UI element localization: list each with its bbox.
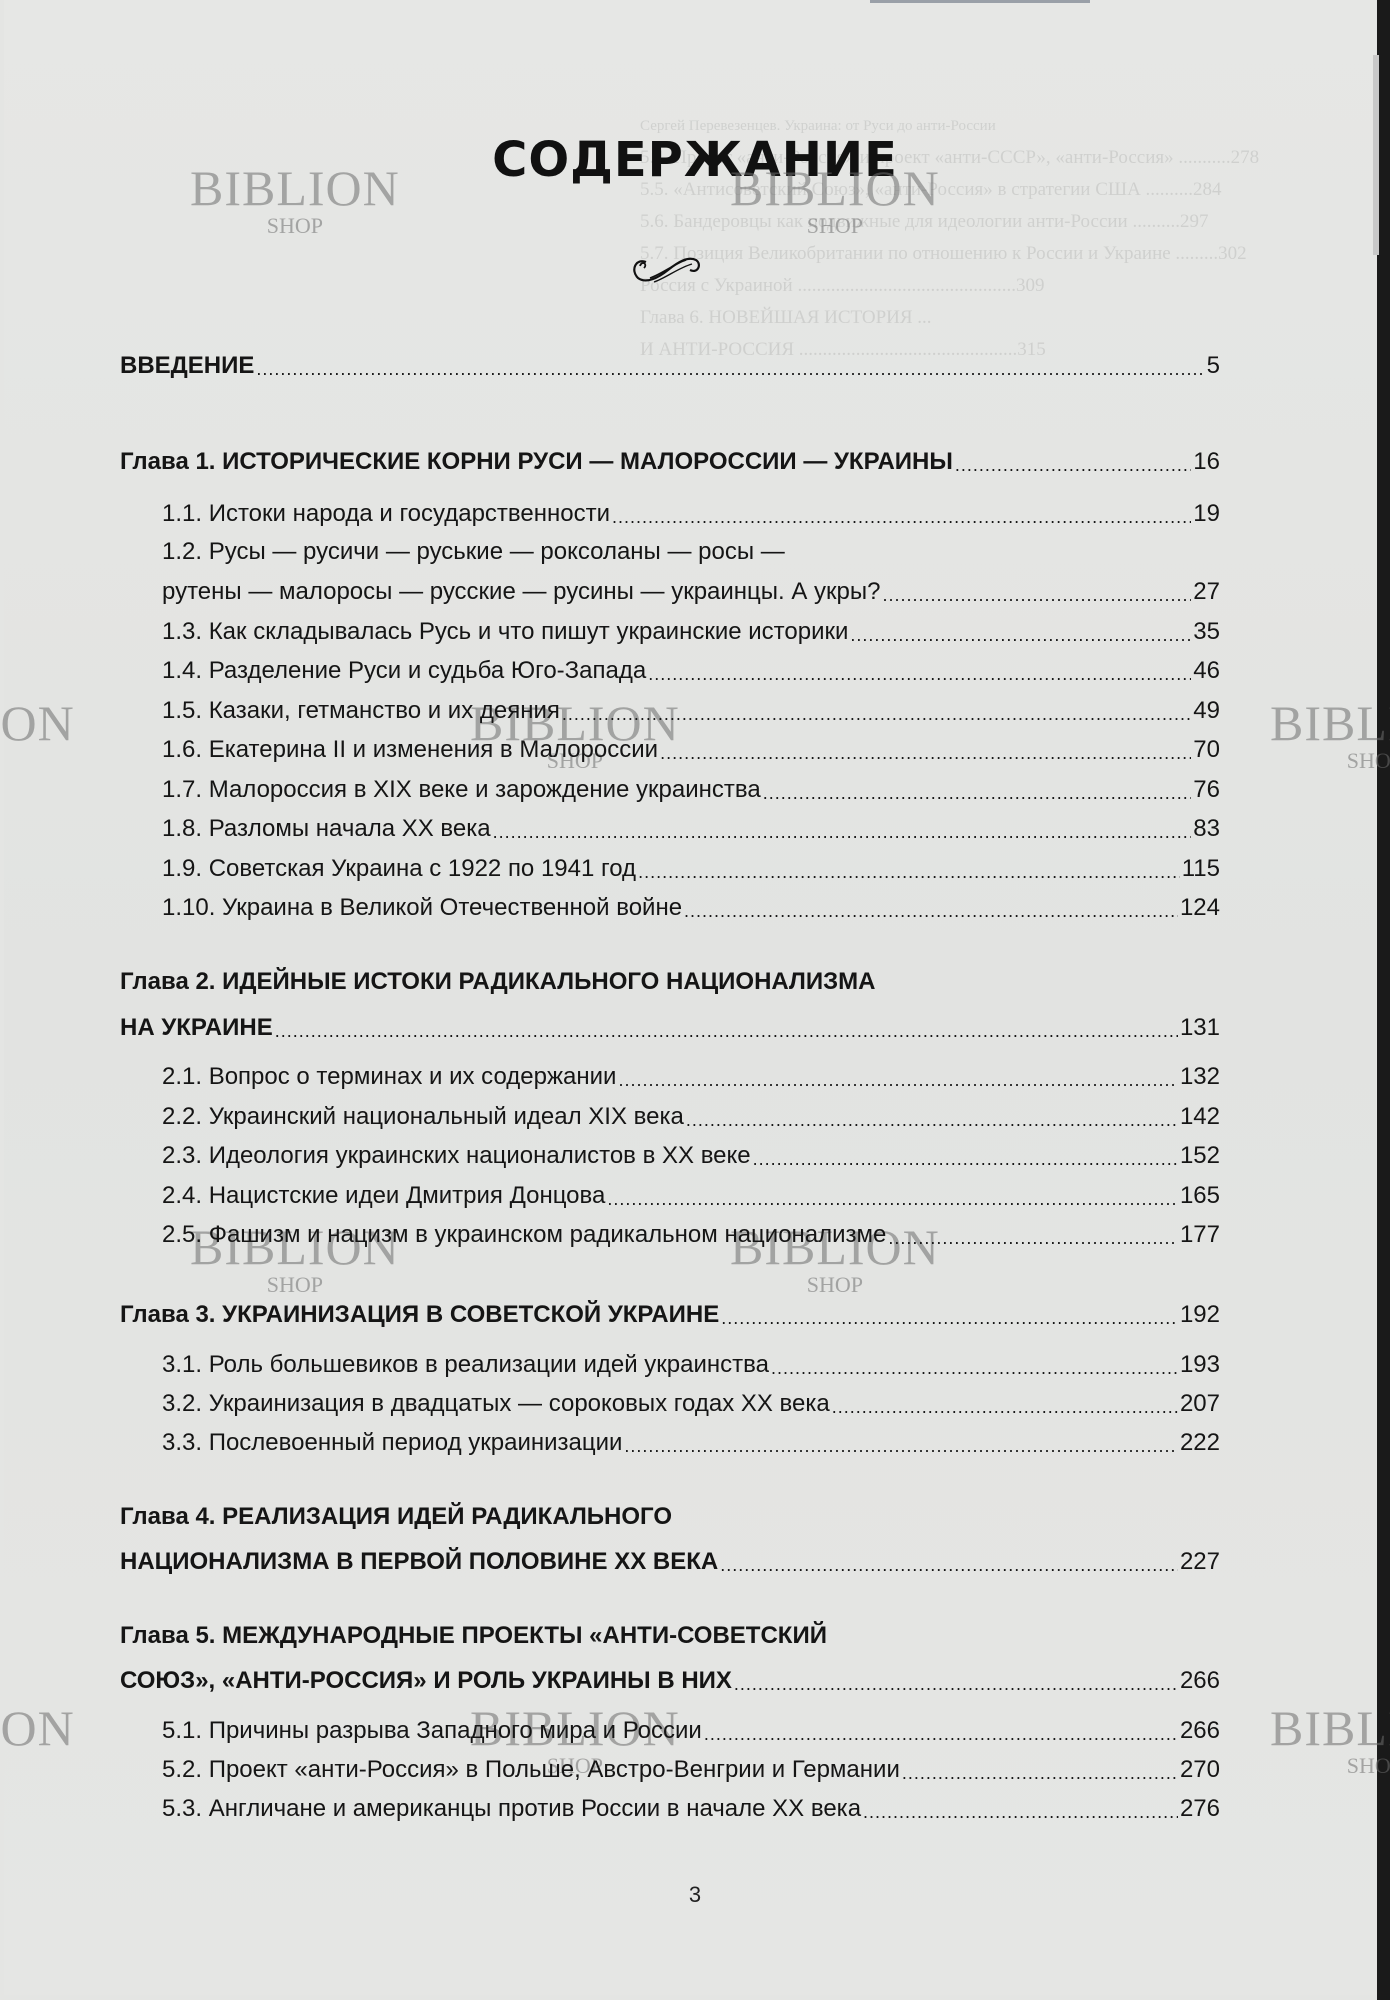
toc-section-1-9[interactable]: 1.9. Советская Украина с 1922 по 1941 го… (162, 849, 1220, 883)
leader-dots (256, 352, 1204, 380)
toc-entry-page: 193 (1180, 1351, 1220, 1379)
toc-entry-page: 222 (1180, 1429, 1220, 1457)
toc-entry-page: 266 (1180, 1667, 1220, 1695)
toc-entry-label: 1.8. Разломы начала XX века (162, 815, 491, 843)
leader-dots (763, 776, 1192, 804)
toc-chapter-4[interactable]: НАЦИОНАЛИЗМА В ПЕРВОЙ ПОЛОВИНЕ XX ВЕКА 2… (120, 1542, 1220, 1576)
toc-entry-label: 3.3. Послевоенный период украинизации (162, 1429, 622, 1457)
toc-entry-label: 1.3. Как складывалась Русь и что пишут у… (162, 618, 848, 646)
leader-dots (902, 1756, 1178, 1784)
toc-section-2-4[interactable]: 2.4. Нацистские идеи Дмитрия Донцова 165 (162, 1176, 1220, 1210)
toc-entry-label: 1.1. Истоки народа и государственности (162, 500, 610, 528)
toc-entry-label: НА УКРАИНЕ (120, 1014, 273, 1042)
leader-dots (721, 1301, 1178, 1329)
toc-section-3-1[interactable]: 3.1. Роль большевиков в реализации идей … (162, 1345, 1220, 1379)
leader-dots (493, 815, 1192, 843)
toc-section-1-5[interactable]: 1.5. Казаки, гетманство и их деяния 49 (162, 691, 1220, 725)
toc-entry-page: 207 (1180, 1390, 1220, 1418)
toc-section-1-6[interactable]: 1.6. Екатерина II и изменения в Малоросс… (162, 730, 1220, 764)
toc-section-2-2[interactable]: 2.2. Украинский национальный идеал XIX в… (162, 1097, 1220, 1131)
leader-dots (648, 657, 1191, 685)
leader-dots (734, 1667, 1178, 1695)
toc-section-1-7[interactable]: 1.7. Малороссия в XIX веке и зарождение … (162, 770, 1220, 804)
toc-entry-label: Глава 3. УКРАИНИЗАЦИЯ В СОВЕТСКОЙ УКРАИН… (120, 1301, 719, 1329)
toc-section-2-1[interactable]: 2.1. Вопрос о терминах и их содержании 1… (162, 1057, 1220, 1091)
toc-entry-page: 152 (1180, 1142, 1220, 1170)
toc-entry-label: 2.4. Нацистские идеи Дмитрия Донцова (162, 1182, 605, 1210)
toc-entry-page: 124 (1180, 894, 1220, 922)
toc-entry-label: 1.6. Екатерина II и изменения в Малоросс… (162, 736, 658, 764)
toc-section-1-4[interactable]: 1.4. Разделение Руси и судьба Юго-Запада… (162, 651, 1220, 685)
toc-entry-page: 70 (1193, 736, 1220, 764)
toc-entry-label: рутены — малоросы — русские — русины — у… (120, 578, 881, 606)
toc-entry-introduction[interactable]: ВВЕДЕНИЕ 5 (120, 346, 1220, 380)
toc-entry-label: 5.1. Причины разрыва Западного мира и Ро… (162, 1717, 702, 1745)
toc-entry-label: 2.5. Фашизм и нацизм в украинском радика… (162, 1221, 886, 1249)
leader-dots (607, 1182, 1178, 1210)
toc-entry-label: НАЦИОНАЛИЗМА В ПЕРВОЙ ПОЛОВИНЕ XX ВЕКА (120, 1548, 718, 1576)
leader-dots (624, 1429, 1178, 1457)
toc-chapter-1[interactable]: Глава 1. ИСТОРИЧЕСКИЕ КОРНИ РУСИ — МАЛОР… (120, 442, 1220, 476)
toc-entry-label: ВВЕДЕНИЕ (120, 352, 254, 380)
leader-dots (832, 1390, 1178, 1418)
leader-dots (612, 500, 1191, 528)
leader-dots (863, 1795, 1178, 1823)
page-title: СОДЕРЖАНИЕ (0, 132, 1390, 188)
toc-entry-page: 46 (1193, 657, 1220, 685)
leader-dots (753, 1142, 1178, 1170)
toc-entry-label: 1.10. Украина в Великой Отечественной во… (162, 894, 682, 922)
leader-dots (660, 736, 1191, 764)
leader-dots (883, 578, 1192, 606)
leader-dots (771, 1351, 1178, 1379)
toc-entry-page: 177 (1180, 1221, 1220, 1249)
leader-dots (684, 894, 1178, 922)
leader-dots (955, 448, 1191, 476)
toc-entry-page: 142 (1180, 1103, 1220, 1131)
toc-entry-page: 227 (1180, 1548, 1220, 1576)
toc-entry-label: 5.2. Проект «анти-Россия» в Польше, Авст… (162, 1756, 900, 1784)
toc-entry-label: Глава 1. ИСТОРИЧЕСКИЕ КОРНИ РУСИ — МАЛОР… (120, 448, 953, 476)
leader-dots (562, 697, 1191, 725)
toc-entry-label: 2.2. Украинский национальный идеал XIX в… (162, 1103, 684, 1131)
toc-entry-page: 27 (1193, 578, 1220, 606)
toc-entry-page: 165 (1180, 1182, 1220, 1210)
toc-entry-page: 16 (1193, 448, 1220, 476)
toc-section-5-2[interactable]: 5.2. Проект «анти-Россия» в Польше, Авст… (162, 1750, 1220, 1784)
flourish-ornament-icon (628, 248, 704, 288)
toc-entry-page: 19 (1193, 500, 1220, 528)
leader-dots (638, 855, 1180, 883)
scan-edge-strip (870, 0, 1090, 3)
toc-section-1-8[interactable]: 1.8. Разломы начала XX века 83 (162, 809, 1220, 843)
leader-dots (618, 1063, 1178, 1091)
leader-dots (704, 1717, 1178, 1745)
toc-entry-page: 276 (1180, 1795, 1220, 1823)
toc-section-1-1[interactable]: 1.1. Истоки народа и государственности 1… (162, 494, 1220, 528)
toc-section-2-5[interactable]: 2.5. Фашизм и нацизм в украинском радика… (162, 1215, 1220, 1249)
toc-entry-page: 192 (1180, 1301, 1220, 1329)
toc-entry-page: 83 (1193, 815, 1220, 843)
toc-section-5-1[interactable]: 5.1. Причины разрыва Западного мира и Ро… (162, 1711, 1220, 1745)
toc-entry-label: 1.9. Советская Украина с 1922 по 1941 го… (162, 855, 636, 883)
toc-entry-page: 132 (1180, 1063, 1220, 1091)
toc-entry-label: 5.3. Англичане и американцы против Росси… (162, 1795, 861, 1823)
toc-entry-label: 1.5. Казаки, гетманство и их деяния (162, 697, 560, 725)
toc-section-1-10[interactable]: 1.10. Украина в Великой Отечественной во… (162, 888, 1220, 922)
toc-chapter-5[interactable]: СОЮЗ», «АНТИ-РОССИЯ» И РОЛЬ УКРАИНЫ В НИ… (120, 1661, 1220, 1695)
toc-entry-page: 49 (1193, 697, 1220, 725)
toc-entry-label: 2.1. Вопрос о терминах и их содержании (162, 1063, 616, 1091)
toc-entry-label: 2.3. Идеология украинских националистов … (162, 1142, 751, 1170)
leader-dots (275, 1014, 1178, 1042)
leader-dots (720, 1548, 1178, 1576)
page-number: 3 (0, 1882, 1390, 1908)
toc-entry-page: 35 (1193, 618, 1220, 646)
toc-section-3-3[interactable]: 3.3. Послевоенный период украинизации 22… (162, 1423, 1220, 1457)
toc-chapter-5-line1[interactable]: Глава 5. МЕЖДУНАРОДНЫЕ ПРОЕКТЫ «АНТИ-СОВ… (120, 1622, 1220, 1656)
toc-entry-page: 270 (1180, 1756, 1220, 1784)
book-spine-edge (1377, 0, 1390, 2000)
toc-entry-page: 266 (1180, 1717, 1220, 1745)
toc-chapter-4-line1[interactable]: Глава 4. РЕАЛИЗАЦИЯ ИДЕЙ РАДИКАЛЬНОГО (120, 1503, 1220, 1537)
toc-section-3-2[interactable]: 3.2. Украинизация в двадцатых — сороковы… (162, 1384, 1220, 1418)
leader-dots (888, 1221, 1178, 1249)
leader-dots (686, 1103, 1178, 1131)
toc-entry-page: 5 (1207, 352, 1220, 380)
toc-entry-page: 131 (1180, 1014, 1220, 1042)
toc-section-1-2[interactable]: рутены — малоросы — русские — русины — у… (162, 572, 1220, 606)
leader-dots (850, 618, 1191, 646)
toc-entry-label: 1.4. Разделение Руси и судьба Юго-Запада (162, 657, 646, 685)
toc-chapter-3[interactable]: Глава 3. УКРАИНИЗАЦИЯ В СОВЕТСКОЙ УКРАИН… (120, 1295, 1220, 1329)
toc-section-1-3[interactable]: 1.3. Как складывалась Русь и что пишут у… (162, 612, 1220, 646)
toc-entry-page: 115 (1182, 855, 1220, 883)
toc-entry-label: 1.7. Малороссия в XIX веке и зарождение … (162, 776, 761, 804)
toc-chapter-2[interactable]: НА УКРАИНЕ 131 (120, 1008, 1220, 1042)
toc-entry-label: 3.1. Роль большевиков в реализации идей … (162, 1351, 769, 1379)
toc-section-5-3[interactable]: 5.3. Англичане и американцы против Росси… (162, 1789, 1220, 1823)
toc-section-2-3[interactable]: 2.3. Идеология украинских националистов … (162, 1136, 1220, 1170)
toc-entry-page: 76 (1193, 776, 1220, 804)
toc-entry-label: 3.2. Украинизация в двадцатых — сороковы… (162, 1390, 830, 1418)
toc-entry-label: СОЮЗ», «АНТИ-РОССИЯ» И РОЛЬ УКРАИНЫ В НИ… (120, 1667, 732, 1695)
toc-chapter-2-line1[interactable]: Глава 2. ИДЕЙНЫЕ ИСТОКИ РАДИКАЛЬНОГО НАЦ… (120, 968, 1220, 1002)
toc-section-1-2-line1[interactable]: 1.2. Русы — русичи — руськие — роксоланы… (162, 538, 1262, 572)
